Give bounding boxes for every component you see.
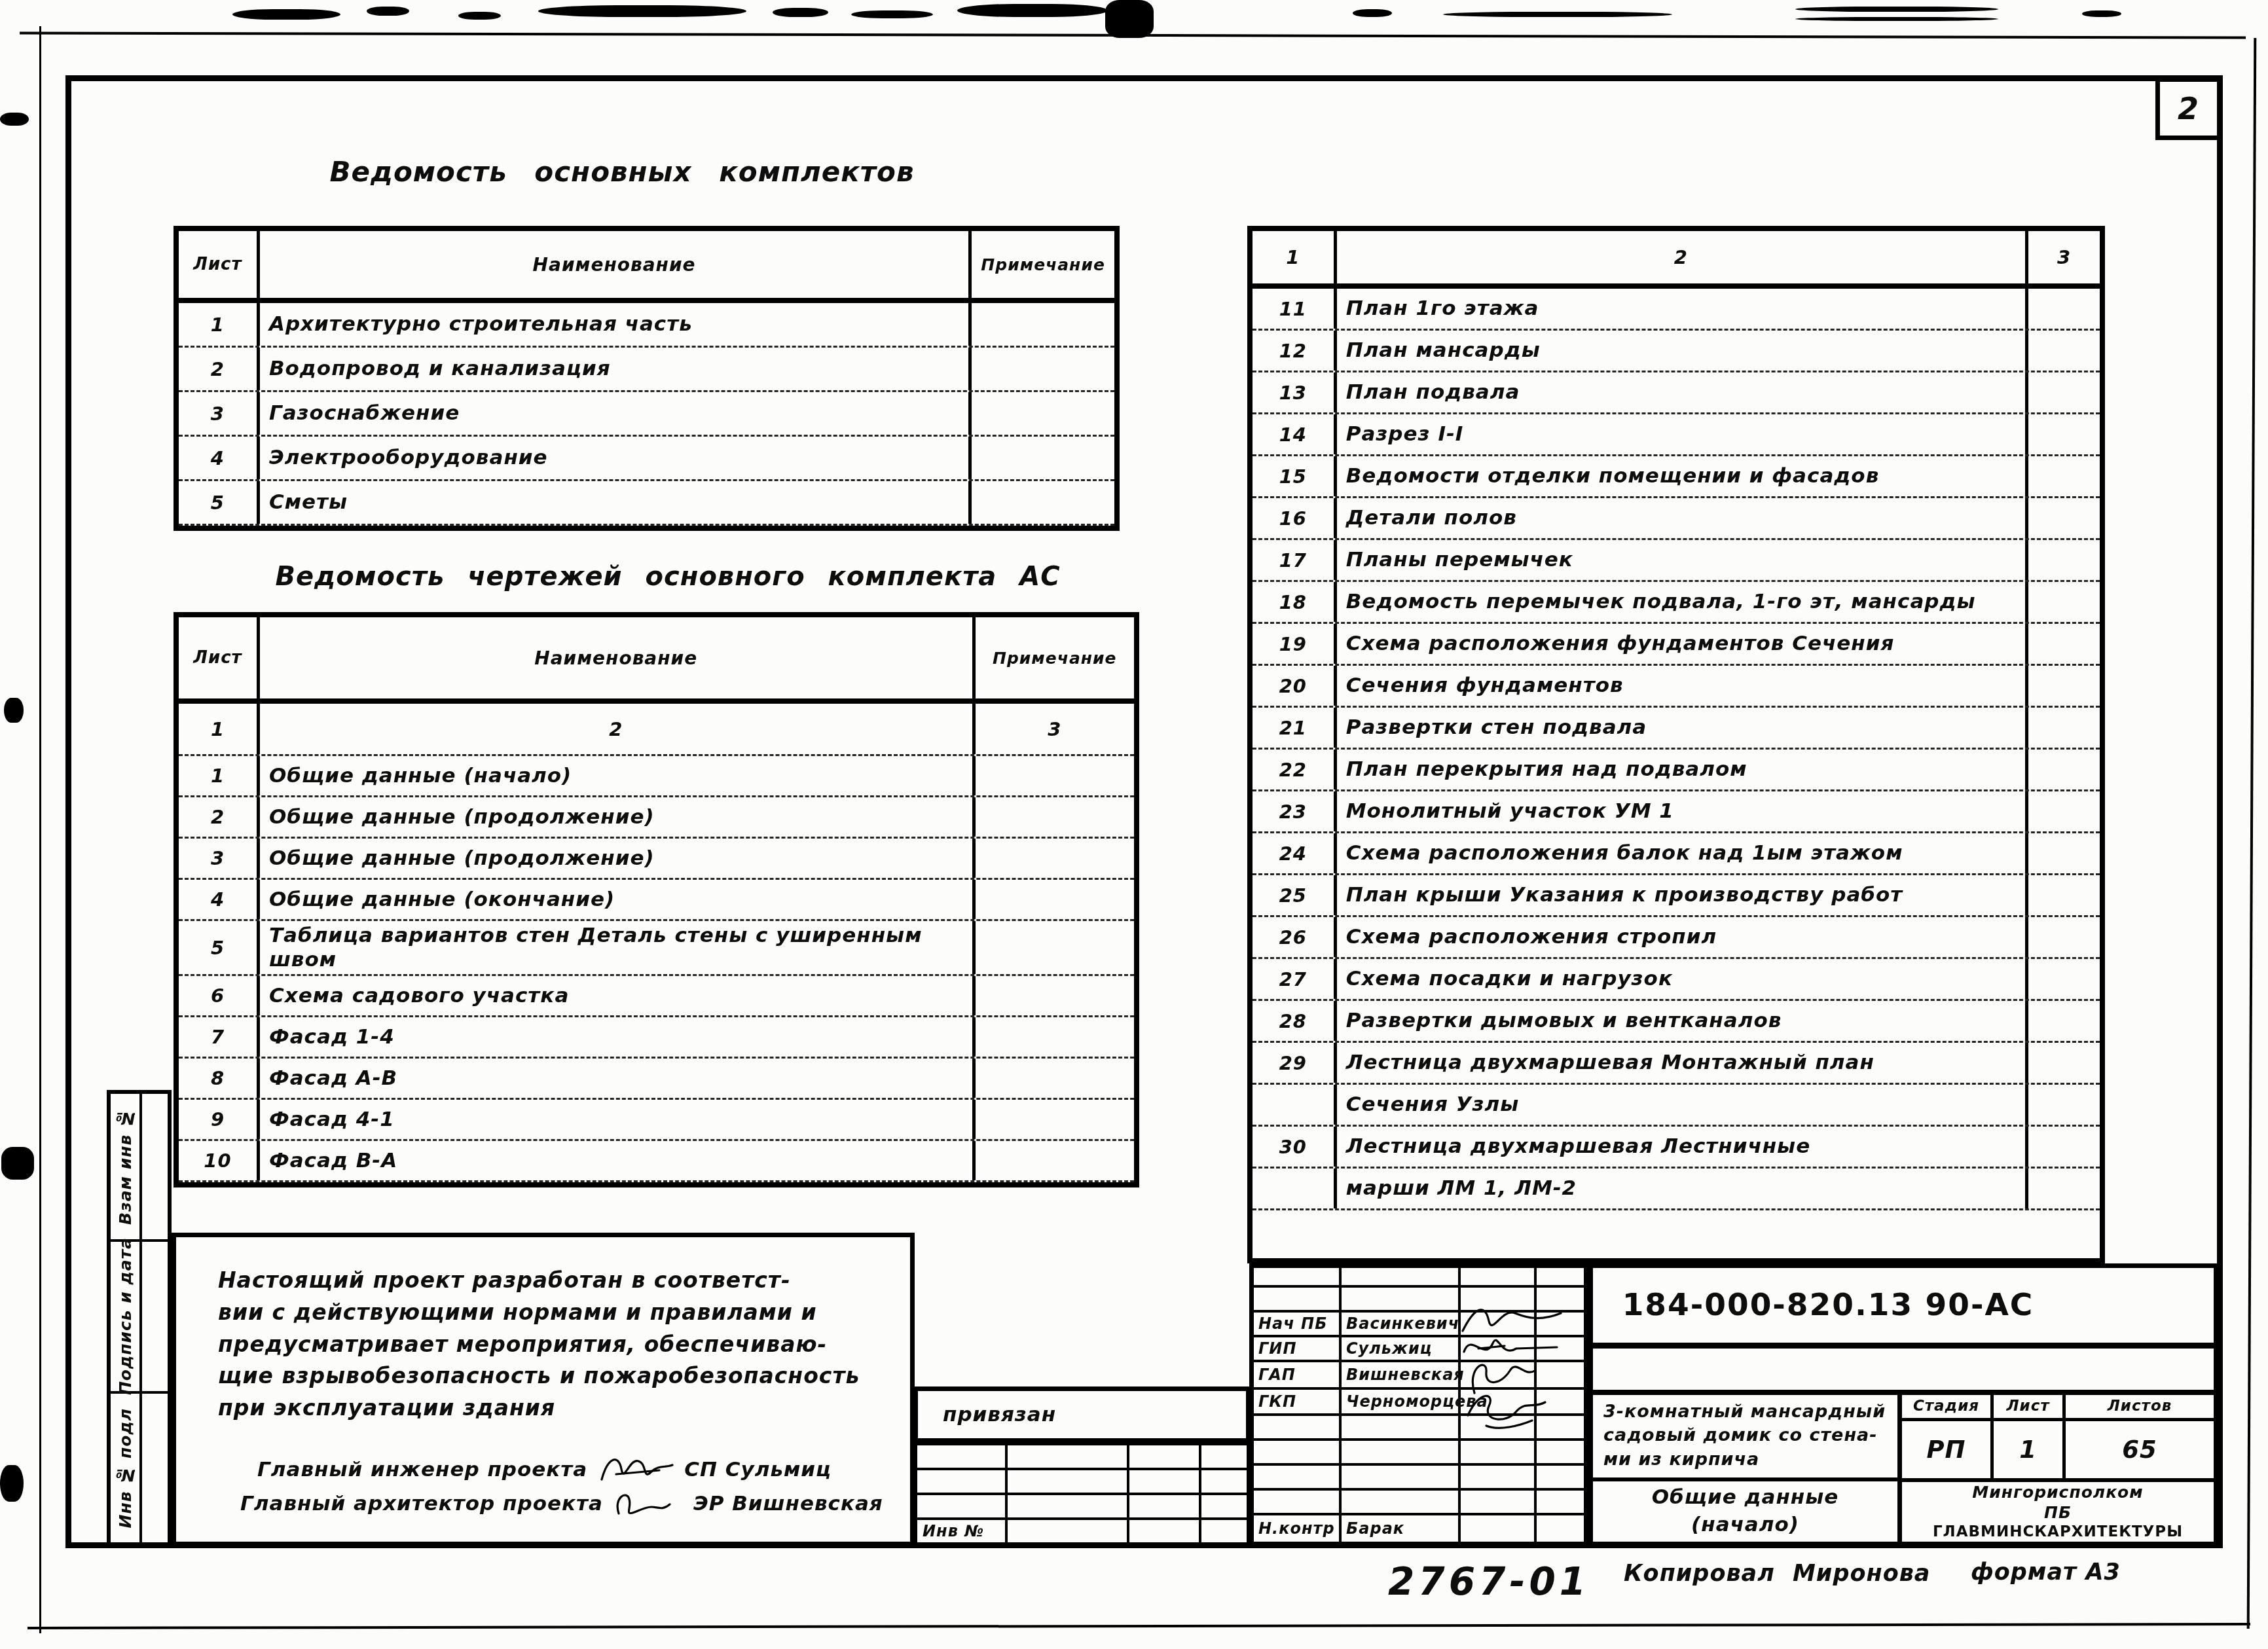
row-sheet-number: 27	[1253, 959, 1337, 999]
side-strip-label: Подпись и дата	[116, 1237, 135, 1395]
note-line: щие взрывобезопасность и пожаробезопасно…	[218, 1360, 877, 1392]
row-name: Развертки дымовых и вентканалов	[1337, 1001, 2028, 1041]
row-name: План 1го этажа	[1337, 289, 2028, 329]
row-sheet-number: 3	[179, 839, 260, 878]
project-name: 3-комнатный мансардный садовый домик со …	[1593, 1395, 1897, 1481]
row-note	[976, 1100, 1134, 1139]
table2-subheader-3: 3	[976, 704, 1134, 754]
table-row: 25 План крыши Указания к производству ра…	[1253, 875, 2100, 917]
page-edge-line	[39, 26, 41, 1633]
table-row: 1 Архитектурно строительная часть	[179, 303, 1114, 348]
page-edge-line	[27, 1623, 2250, 1629]
scan-artifact	[1105, 0, 1154, 38]
table-row: 19 Схема расположения фундаментов Сечени…	[1253, 624, 2100, 666]
sheet-number: 2	[2178, 91, 2199, 126]
table-row: 23 Монолитный участок УМ 1	[1253, 791, 2100, 833]
row-note	[2028, 624, 2100, 664]
scan-artifact	[0, 1465, 24, 1502]
row-note	[976, 797, 1134, 837]
org-line: Мингорисполком	[1972, 1482, 2143, 1502]
row-name: Монолитный участок УМ 1	[1337, 791, 2028, 831]
table1-main-sets: Лист Наименование Примечание 1 Архитекту…	[174, 226, 1120, 531]
chief-engineer-label: Главный инженер проекта	[257, 1458, 587, 1481]
row-sheet-number: 28	[1253, 1001, 1337, 1041]
row-name: Сечения Узлы	[1337, 1085, 2028, 1125]
row-sheet-number: 12	[1253, 331, 1337, 371]
row-note	[2028, 331, 2100, 371]
table-row: 24 Схема расположения балок над 1ым этаж…	[1253, 833, 2100, 875]
row-name: Разрез I-I	[1337, 414, 2028, 454]
sheet-header: Лист	[1994, 1395, 2066, 1418]
page-edge-line	[2247, 38, 2257, 1629]
row-note	[2028, 917, 2100, 957]
row-note	[972, 437, 1114, 479]
row-name: Лестница двухмаршевая Монтажный план	[1337, 1043, 2028, 1083]
row-name: Общие данные (окончание)	[260, 880, 976, 919]
sig-role: Нач ПБ	[1254, 1313, 1342, 1337]
table1-body: 1 Архитектурно строительная часть 2 Водо…	[179, 303, 1114, 526]
scanned-drawing-sheet: 2 Ведомость основных комплектов Лист Наи…	[0, 0, 2268, 1649]
table-row: 9 Фасад 4-1	[179, 1100, 1134, 1141]
row-sheet-number: 23	[1253, 791, 1337, 831]
sheet-title-line: (начало)	[1691, 1512, 1799, 1539]
table-row: 15 Ведомости отделки помещении и фасадов	[1253, 456, 2100, 498]
row-note	[2028, 833, 2100, 873]
sheets-header: Листов	[2066, 1395, 2214, 1418]
table1-title: Ведомость основных комплектов	[249, 156, 995, 188]
table-row: 4 Общие данные (окончание)	[179, 880, 1134, 921]
ncontrol-name: Барак	[1342, 1515, 1461, 1542]
row-name: Ведомость перемычек подвала, 1-го эт, ма…	[1337, 582, 2028, 622]
row-sheet-number: 4	[179, 880, 260, 919]
table3-body: 11 План 1го этажа 12 План мансарды 13 Пл…	[1253, 289, 2100, 1258]
row-sheet-number	[1253, 1169, 1337, 1208]
table-row: марши ЛМ 1, ЛМ-2	[1253, 1169, 2100, 1210]
row-note	[976, 756, 1134, 795]
side-strip: Взам инв № Подпись и дата Инв № подл	[107, 1090, 172, 1546]
table-row: 14 Разрез I-I	[1253, 414, 2100, 456]
engineer-signature-icon	[596, 1452, 675, 1487]
table-row: 30 Лестница двухмаршевая Лестничные	[1253, 1127, 2100, 1169]
scan-artifact	[1353, 9, 1392, 17]
row-sheet-number: 17	[1253, 540, 1337, 580]
sig-name: Вишневская	[1342, 1362, 1461, 1390]
sheet-title: Общие данные (начало)	[1593, 1481, 1897, 1542]
sig-name: Васинкевич	[1342, 1313, 1461, 1337]
row-name: Схема садового участка	[260, 976, 976, 1015]
scan-artifact	[851, 10, 933, 18]
table-row: 1 Общие данные (начало)	[179, 756, 1134, 797]
table-row: 16 Детали полов	[1253, 498, 2100, 540]
row-sheet-number: 25	[1253, 875, 1337, 915]
table-row: 27 Схема посадки и нагрузок	[1253, 959, 2100, 1001]
row-name: Электрооборудование	[260, 437, 972, 479]
row-name: План крыши Указания к производству работ	[1337, 875, 2028, 915]
row-name: Планы перемычек	[1337, 540, 2028, 580]
table-row: 5 Сметы	[179, 481, 1114, 526]
row-name: Развертки стен подвала	[1337, 708, 2028, 748]
table3-subheader-1: 1	[1253, 231, 1337, 283]
scan-artifact	[957, 4, 1108, 17]
table-row: 22 План перекрытия над подвалом	[1253, 750, 2100, 791]
scan-artifact	[367, 7, 409, 16]
row-sheet-number: 2	[179, 797, 260, 837]
row-note	[976, 976, 1134, 1015]
row-sheet-number: 3	[179, 392, 260, 435]
row-note	[976, 1017, 1134, 1057]
row-name: Водопровод и канализация	[260, 348, 972, 390]
table1-header-name: Наименование	[260, 231, 972, 298]
row-note	[2028, 1127, 2100, 1167]
scan-artifact	[538, 5, 746, 17]
sheets-value: 65	[2066, 1421, 2214, 1478]
row-sheet-number: 9	[179, 1100, 260, 1139]
row-name: Общие данные (начало)	[260, 756, 976, 795]
titleblock-right: 184-000-820.13 90-АС 3-комнатный мансард…	[1588, 1263, 2218, 1546]
scan-artifact	[0, 113, 29, 126]
row-name: Ведомости отделки помещении и фасадов	[1337, 456, 2028, 496]
row-name: Фасад А-В	[260, 1059, 976, 1098]
chief-architect-name: ЭР Вишневская	[693, 1492, 883, 1515]
row-sheet-number: 5	[179, 481, 260, 524]
inventory-number-label: Инв №	[923, 1522, 984, 1540]
row-note	[976, 839, 1134, 878]
ncontrol-role: Н.контр	[1254, 1515, 1342, 1542]
row-sheet-number: 18	[1253, 582, 1337, 622]
row-note	[2028, 540, 2100, 580]
table2-title: Ведомость чертежей основного комплекта А…	[216, 562, 1120, 592]
row-name: План мансарды	[1337, 331, 2028, 371]
row-name: Схема посадки и нагрузок	[1337, 959, 2028, 999]
row-name: Общие данные (продолжение)	[260, 797, 976, 837]
format-note: формат А3	[1971, 1559, 2121, 1586]
row-note	[2028, 372, 2100, 412]
row-sheet-number: 29	[1253, 1043, 1337, 1083]
table3-as-drawings-continued: 1 2 3 11 План 1го этажа 12 План мансарды…	[1247, 226, 2105, 1263]
scan-artifact	[458, 12, 501, 20]
row-name: Лестница двухмаршевая Лестничные	[1337, 1127, 2028, 1167]
table-row: Сечения Узлы	[1253, 1085, 2100, 1127]
table-row: 28 Развертки дымовых и вентканалов	[1253, 1001, 2100, 1043]
row-note	[972, 481, 1114, 524]
row-note	[2028, 875, 2100, 915]
table-row: 6 Схема садового участка	[179, 976, 1134, 1017]
row-sheet-number: 14	[1253, 414, 1337, 454]
row-name: Фасад 1-4	[260, 1017, 976, 1057]
scan-artifact	[1795, 7, 1998, 12]
row-sheet-number: 1	[179, 756, 260, 795]
table-row: 3 Газоснабжение	[179, 392, 1114, 437]
table-row: 13 План подвала	[1253, 372, 2100, 414]
table1-header-sheet: Лист	[179, 231, 260, 298]
project-note-block: Настоящий проект разработан в соответст-…	[172, 1233, 915, 1546]
row-sheet-number: 16	[1253, 498, 1337, 538]
stage-value: РП	[1902, 1421, 1994, 1478]
row-name: марши ЛМ 1, ЛМ-2	[1337, 1169, 2028, 1208]
row-name: План перекрытия над подвалом	[1337, 750, 2028, 789]
note-line: при эксплуатации здания	[218, 1392, 877, 1424]
row-note	[2028, 498, 2100, 538]
note-line: предусматривает мероприятия, обеспечиваю…	[218, 1329, 877, 1361]
row-note	[976, 880, 1134, 919]
note-line: Настоящий проект разработан в соответст-	[218, 1265, 877, 1297]
table-row: 4 Электрооборудование	[179, 437, 1114, 481]
row-note	[2028, 289, 2100, 329]
sheet-number-box: 2	[2155, 77, 2222, 140]
table2-header-row: Лист Наименование Примечание	[179, 617, 1134, 704]
table2-header-sheet: Лист	[179, 617, 260, 698]
row-name: Детали полов	[1337, 498, 2028, 538]
row-name: Схема расположения стропил	[1337, 917, 2028, 957]
row-note	[972, 348, 1114, 390]
row-note	[976, 1141, 1134, 1180]
row-sheet-number	[1253, 1085, 1337, 1125]
table3-subheader-3: 3	[2028, 231, 2100, 283]
table2-subheader-1: 1	[179, 704, 260, 754]
side-strip-label: Инв № подл	[116, 1408, 135, 1528]
row-note	[972, 303, 1114, 346]
organization: Мингорисполком ПБ ГЛАВМИНСКАРХИТЕКТУРЫ	[1902, 1482, 2214, 1542]
scan-artifact	[1795, 17, 1998, 21]
stage-header: Стадия	[1902, 1395, 1994, 1418]
table2-subheader-row: 1 2 3	[179, 704, 1134, 756]
row-sheet-number: 20	[1253, 666, 1337, 706]
table-row: 29 Лестница двухмаршевая Монтажный план	[1253, 1043, 2100, 1085]
table-row: 8 Фасад А-В	[179, 1059, 1134, 1100]
table2-subheader-2: 2	[260, 704, 976, 754]
table2-header-note: Примечание	[976, 617, 1134, 698]
row-sheet-number: 8	[179, 1059, 260, 1098]
row-sheet-number: 5	[179, 921, 260, 974]
row-note	[2028, 708, 2100, 748]
scan-artifact	[4, 698, 24, 723]
table-row: 11 План 1го этажа	[1253, 289, 2100, 331]
copied-note: Копировал Миронова	[1624, 1561, 1931, 1587]
document-number: 184-000-820.13 90-АС	[1593, 1268, 2214, 1349]
row-note	[972, 392, 1114, 435]
scan-artifact	[1443, 12, 1672, 17]
row-note	[2028, 1169, 2100, 1208]
row-note	[2028, 414, 2100, 454]
table-row: 20 Сечения фундаментов	[1253, 666, 2100, 708]
row-sheet-number: 13	[1253, 372, 1337, 412]
project-name-line: садовый домик со стена-	[1603, 1424, 1897, 1447]
table-row: 21 Развертки стен подвала	[1253, 708, 2100, 750]
row-name: Сметы	[260, 481, 972, 524]
inventory-grid: Инв №	[913, 1441, 1251, 1546]
scan-artifact	[232, 9, 340, 20]
empty-band	[1593, 1349, 2214, 1395]
row-note	[976, 921, 1134, 974]
row-note	[2028, 1085, 2100, 1125]
table2-body: 1 Общие данные (начало) 2 Общие данные (…	[179, 756, 1134, 1182]
row-note	[2028, 456, 2100, 496]
project-name-line: ми из кирпича	[1603, 1448, 1897, 1472]
chief-architect-label: Главный архитектор проекта	[240, 1492, 603, 1515]
row-sheet-number: 7	[179, 1017, 260, 1057]
row-name: Газоснабжение	[260, 392, 972, 435]
sig-name: Сульжиц	[1342, 1337, 1461, 1362]
scan-artifact	[1, 1147, 34, 1180]
row-note	[2028, 791, 2100, 831]
row-name: Фасад В-А	[260, 1141, 976, 1180]
row-name: Общие данные (продолжение)	[260, 839, 976, 878]
row-name: Сечения фундаментов	[1337, 666, 2028, 706]
row-note	[976, 1059, 1134, 1098]
attached-label: привязан	[943, 1403, 1056, 1426]
sig-name: Черноморцева	[1342, 1390, 1461, 1416]
table1-header-note: Примечание	[972, 231, 1114, 298]
scan-artifact	[773, 8, 828, 17]
row-note	[2028, 666, 2100, 706]
table2-header-name: Наименование	[260, 617, 976, 698]
sheet-title-line: Общие данные	[1652, 1484, 1839, 1512]
table-row: 18 Ведомость перемычек подвала, 1-го эт,…	[1253, 582, 2100, 624]
table-row: 26 Схема расположения стропил	[1253, 917, 2100, 959]
row-sheet-number: 10	[179, 1141, 260, 1180]
row-note	[2028, 582, 2100, 622]
row-sheet-number: 24	[1253, 833, 1337, 873]
table1-header-row: Лист Наименование Примечание	[179, 231, 1114, 303]
row-name: Фасад 4-1	[260, 1100, 976, 1139]
table-row: 2 Общие данные (продолжение)	[179, 797, 1134, 839]
table-row: 2 Водопровод и канализация	[179, 348, 1114, 392]
org-line: ПБ	[2044, 1502, 2072, 1523]
table-row: 7 Фасад 1-4	[179, 1017, 1134, 1059]
sig-role: ГКП	[1254, 1390, 1342, 1416]
org-line: ГЛАВМИНСКАРХИТЕКТУРЫ	[1933, 1523, 2183, 1542]
row-sheet-number: 22	[1253, 750, 1337, 789]
sig-role: ГАП	[1254, 1362, 1342, 1390]
table-row: 12 План мансарды	[1253, 331, 2100, 372]
row-name: Таблица вариантов стен Деталь стены с уш…	[260, 921, 976, 974]
stamp-code: 2767-01	[1388, 1559, 1590, 1604]
signature-icon	[1460, 1383, 1552, 1435]
attached-box: привязан	[913, 1386, 1251, 1443]
row-sheet-number: 26	[1253, 917, 1337, 957]
sheet-value: 1	[1994, 1421, 2066, 1478]
project-name-line: 3-комнатный мансардный	[1603, 1400, 1897, 1424]
row-sheet-number: 4	[179, 437, 260, 479]
table2-as-drawings: Лист Наименование Примечание 1 2 3 1 Общ…	[174, 612, 1139, 1187]
row-sheet-number: 6	[179, 976, 260, 1015]
row-note	[2028, 750, 2100, 789]
row-sheet-number: 30	[1253, 1127, 1337, 1167]
row-name: Архитектурно строительная часть	[260, 303, 972, 346]
row-name: План подвала	[1337, 372, 2028, 412]
table3-header-row: 1 2 3	[1253, 231, 2100, 289]
row-sheet-number: 2	[179, 348, 260, 390]
architect-signature-icon	[612, 1487, 684, 1520]
sig-role: ГИП	[1254, 1337, 1342, 1362]
row-name: Схема расположения фундаментов Сечения	[1337, 624, 2028, 664]
row-sheet-number: 19	[1253, 624, 1337, 664]
row-note	[2028, 1001, 2100, 1041]
table-row: 10 Фасад В-А	[179, 1141, 1134, 1182]
row-sheet-number: 15	[1253, 456, 1337, 496]
row-note	[2028, 1043, 2100, 1083]
table3-subheader-2: 2	[1337, 231, 2028, 283]
scan-artifact	[2082, 10, 2121, 17]
table-row: 17 Планы перемычек	[1253, 540, 2100, 582]
row-sheet-number: 1	[179, 303, 260, 346]
table-row: 3 Общие данные (продолжение)	[179, 839, 1134, 880]
row-name: Схема расположения балок над 1ым этажом	[1337, 833, 2028, 873]
note-line: вии с действующими нормами и правилами и	[218, 1297, 877, 1329]
row-sheet-number: 21	[1253, 708, 1337, 748]
side-strip-label: Взам инв №	[116, 1108, 135, 1225]
row-sheet-number: 11	[1253, 289, 1337, 329]
table-row: 5 Таблица вариантов стен Деталь стены с …	[179, 921, 1134, 976]
row-note	[2028, 959, 2100, 999]
chief-engineer-name: СП Сульмиц	[684, 1458, 832, 1481]
